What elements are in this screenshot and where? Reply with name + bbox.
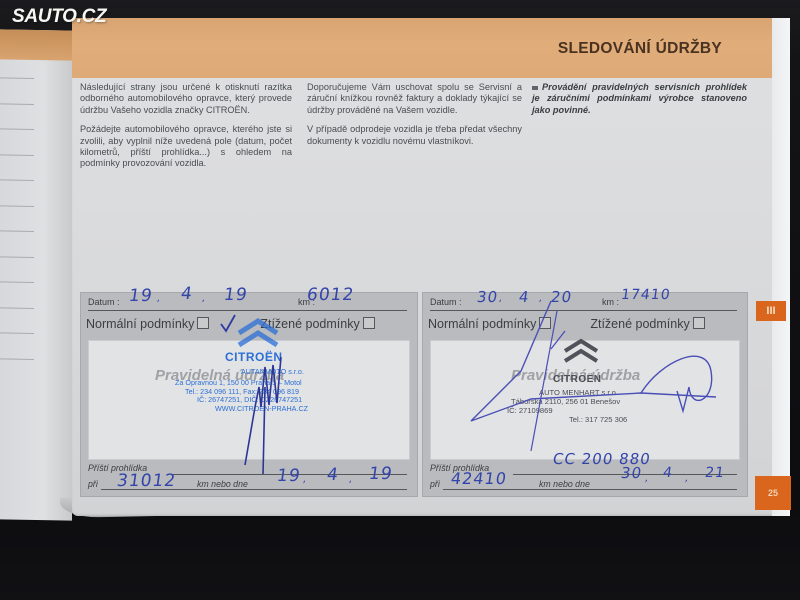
ruled-line — [0, 128, 34, 130]
ruled-line — [0, 281, 34, 283]
intro-column-3: Provádění pravidelných servisních prohlí… — [532, 82, 747, 124]
handwritten-next-km: 31012 — [116, 471, 178, 491]
date-separator: , — [644, 473, 650, 484]
date-underline — [88, 310, 407, 311]
booklet-page: SLEDOVÁNÍ ÚDRŽBY Následující strany jsou… — [72, 18, 790, 516]
date-row: Datum : km : — [88, 297, 120, 307]
normal-conditions-label: Normální podmínky — [86, 317, 194, 331]
signature-2 — [461, 301, 721, 441]
date-label: Datum : — [430, 297, 462, 307]
page-number: 25 — [755, 476, 791, 510]
intro-column-1: Následující strany jsou určené k otisknu… — [80, 82, 292, 178]
handwritten-next-year: 21 — [704, 465, 726, 481]
ruled-line — [0, 230, 34, 232]
intro-paragraph: V případě odprodeje vozidla je třeba pře… — [307, 124, 522, 147]
ruled-line — [0, 358, 34, 360]
handwritten-next-month: 4 — [326, 465, 341, 485]
page-title: SLEDOVÁNÍ ÚDRŽBY — [558, 40, 722, 58]
date-separator: , — [302, 474, 308, 485]
date-label: Datum : — [88, 297, 120, 307]
ruled-line — [0, 77, 34, 79]
ruled-line — [0, 256, 34, 258]
handwritten-day: 19 — [128, 286, 154, 306]
handwritten-km: 6012 — [306, 285, 356, 305]
next-km-underline — [443, 489, 737, 490]
normal-conditions-checkbox[interactable] — [197, 317, 209, 329]
handwritten-next-day: 30 — [620, 464, 644, 482]
handwritten-next-km: 42410 — [450, 469, 509, 488]
previous-page — [0, 29, 72, 520]
checkmark-icon — [549, 331, 569, 351]
ruled-line — [0, 205, 34, 207]
ruled-line — [0, 179, 34, 181]
at-label: při — [430, 479, 440, 489]
mandatory-note: Provádění pravidelných servisních prohlí… — [532, 82, 747, 115]
handwritten-next-year: 19 — [368, 464, 394, 484]
handwritten-next-month: 4 — [662, 465, 674, 481]
header-band: SLEDOVÁNÍ ÚDRŽBY — [72, 18, 772, 78]
date-separator: , — [201, 293, 207, 304]
km-or-date-label: km nebo dne — [197, 479, 248, 489]
service-card-2: Datum : km : 30 , 4 , 20 17410 Normální … — [422, 292, 748, 497]
intro-paragraph: Požádejte automobilového opravce, kteréh… — [80, 124, 292, 170]
km-or-date-label: km nebo dne — [539, 479, 590, 489]
intro-paragraph: Následující strany jsou určené k otisknu… — [80, 82, 292, 116]
service-card-1: Datum : km : 19 , 4 , 19 6012 Normální p… — [80, 292, 418, 497]
date-separator: , — [348, 474, 354, 485]
handwritten-year: 19 — [223, 285, 249, 305]
stamp-area: Pravidelná údržba CITROËN AUTANMOTO s.r.… — [88, 340, 410, 460]
handwritten-month: 4 — [180, 284, 195, 304]
date-separator: , — [156, 293, 162, 304]
site-watermark: SAUTO.CZ — [12, 6, 106, 28]
ruled-line — [0, 332, 34, 334]
handwritten-next-day: 19 — [276, 466, 302, 486]
page-edge — [772, 18, 790, 516]
at-label: při — [88, 479, 98, 489]
stamp-area: Pravidelná údržba CITROËN AUTO MENHART s… — [430, 340, 740, 460]
severe-conditions-checkbox[interactable] — [363, 317, 375, 329]
intro-column-2: Doporučujeme Vám uschovat spolu se Servi… — [307, 82, 522, 155]
date-separator: , — [684, 473, 690, 484]
ruled-line — [0, 307, 34, 309]
signature-1 — [237, 347, 287, 477]
ruled-line — [0, 103, 34, 105]
date-row: Datum : km : — [430, 297, 462, 307]
bullet-icon — [532, 86, 538, 90]
ruled-line — [0, 154, 34, 156]
previous-page-header-band — [0, 29, 72, 60]
section-tab[interactable]: III — [756, 301, 786, 321]
intro-paragraph: Doporučujeme Vám uschovat spolu se Servi… — [307, 82, 522, 116]
